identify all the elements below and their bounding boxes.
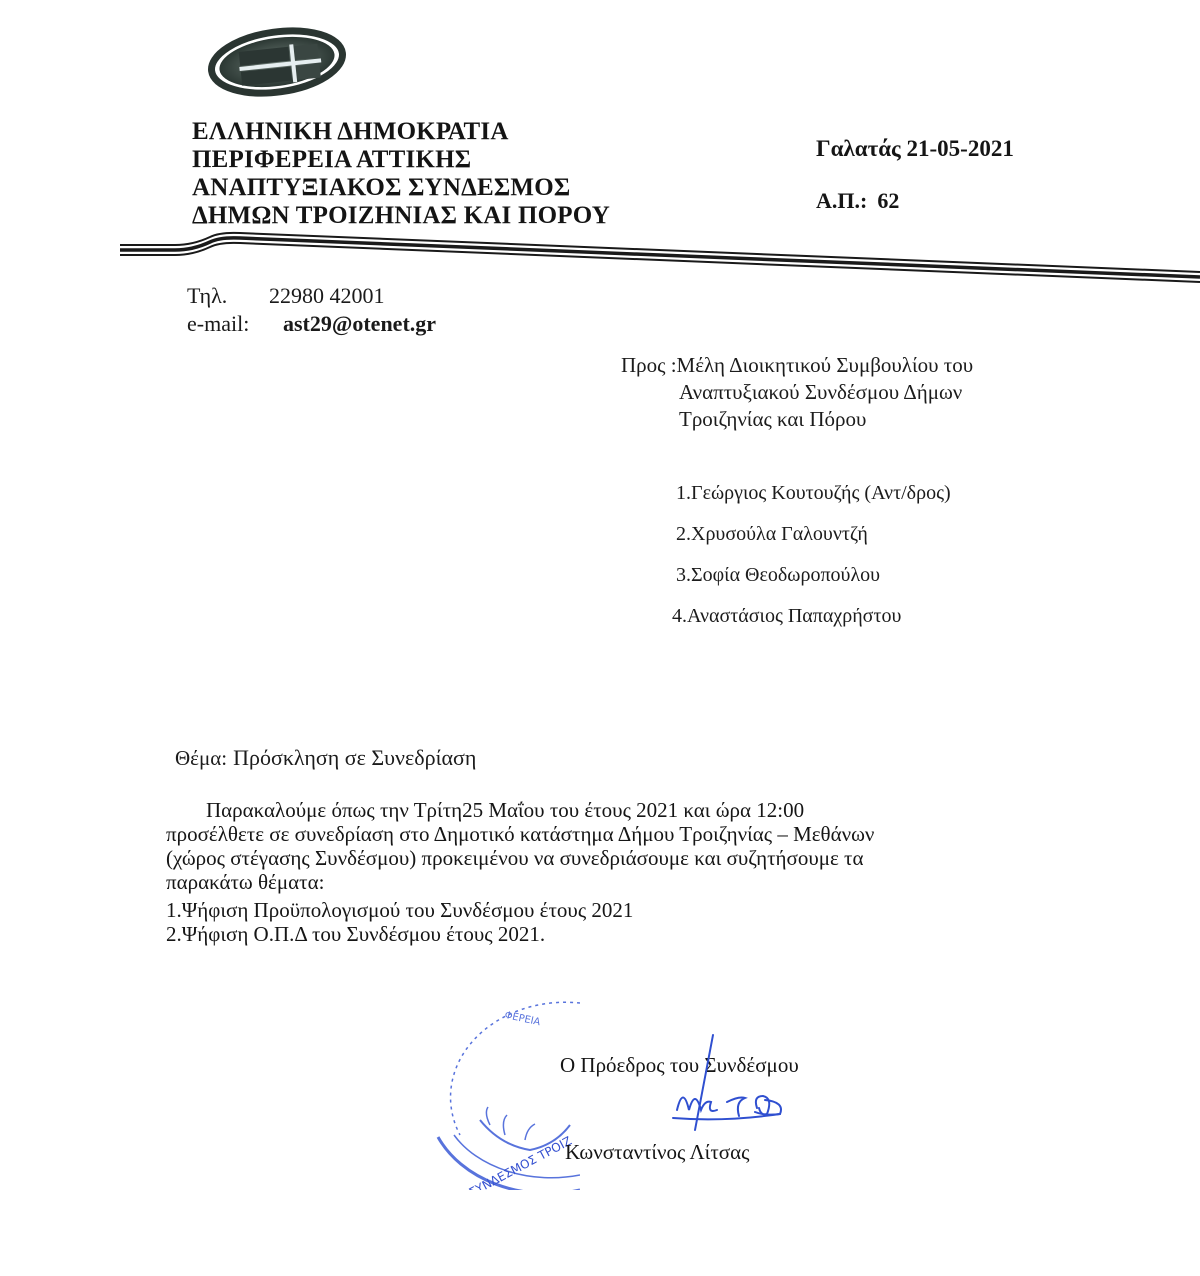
organization-header: ΕΛΛΗΝΙΚΗ ΔΗΜΟΚΡΑΤΙΑ ΠΕΡΙΦΕΡΕΙΑ ΑΤΤΙΚΗΣ Α… <box>192 118 610 230</box>
subject-line: Θέμα:Πρόσκληση σε Συνεδρίαση <box>175 745 476 771</box>
email-address[interactable]: ast29@otenet.gr <box>283 311 436 336</box>
recipients-block: Προς :Μέλη Διοικητικού Συμβουλίου του Αν… <box>621 352 973 433</box>
member-item: 3.Σοφία Θεοδωροπούλου <box>676 562 951 603</box>
phone-label: Τηλ. <box>187 282 269 310</box>
signatory-name: Κωνσταντίνος Λίτσας <box>565 1140 749 1165</box>
place-date: Γαλατάς 21-05-2021 <box>816 136 1014 162</box>
body-line: παρακάτω θέματα: <box>166 870 1046 894</box>
body-line: (χώρος στέγασης Συνδέσμου) προκειμένου ν… <box>166 846 1046 870</box>
greek-emblem-icon <box>205 20 350 102</box>
svg-text:ΣΥΝΔΕΣΜΟΣ ΤΡΟΙΖ: ΣΥΝΔΕΣΜΟΣ ΤΡΟΙΖ <box>467 1134 574 1190</box>
email-label: e-mail: <box>187 310 283 338</box>
org-line-2: ΠΕΡΙΦΕΡΕΙΑ ΑΤΤΙΚΗΣ <box>192 146 610 174</box>
subject-label: Θέμα: <box>175 746 227 770</box>
member-item: 2.Χρυσούλα Γαλουντζή <box>676 521 951 562</box>
subject-value: Πρόσκληση σε Συνεδρίαση <box>233 745 476 770</box>
recipients-line-1: Μέλη Διοικητικού Συμβουλίου του <box>677 353 974 377</box>
svg-text:ΦΕΡΕΙΑ: ΦΕΡΕΙΑ <box>503 1010 541 1028</box>
member-item: 1.Γεώργιος Κουτουζής (Αντ/δρος) <box>676 480 951 521</box>
recipients-label: Προς : <box>621 353 677 377</box>
body-line: προσέλθετε σε συνεδρίαση στο Δημοτικό κα… <box>166 822 1046 846</box>
protocol-number: Α.Π.:62 <box>816 188 899 214</box>
header-divider <box>115 228 1200 288</box>
org-line-1: ΕΛΛΗΝΙΚΗ ΔΗΜΟΚΡΑΤΙΑ <box>192 118 610 146</box>
org-line-3: ΑΝΑΠΤΥΞΙΑΚΟΣ ΣΥΝΔΕΣΜΟΣ <box>192 174 610 202</box>
body-line: Παρακαλούμε όπως την Τρίτη25 Μαΐου του έ… <box>166 798 1046 822</box>
agenda-item: 1.Ψήφιση Προϋπολογισμού του Συνδέσμου έτ… <box>166 898 1046 922</box>
phone-number: 22980 42001 <box>269 283 385 308</box>
member-item: 4.Αναστάσιος Παπαχρήστου <box>672 603 951 644</box>
recipients-line-2: Αναπτυξιακού Συνδέσμου Δήμων <box>621 379 973 406</box>
protocol-value: 62 <box>877 188 899 213</box>
signature-icon <box>655 1030 815 1135</box>
letter-body: Παρακαλούμε όπως την Τρίτη25 Μαΐου του έ… <box>166 798 1046 946</box>
members-list: 1.Γεώργιος Κουτουζής (Αντ/δρος) 2.Χρυσού… <box>676 480 951 644</box>
org-line-4: ΔΗΜΩΝ ΤΡΟΙΖΗΝΙΑΣ ΚΑΙ ΠΟΡΟΥ <box>192 202 610 230</box>
agenda-list: 1.Ψήφιση Προϋπολογισμού του Συνδέσμου έτ… <box>166 898 1046 946</box>
contact-info: Τηλ.22980 42001 e-mail:ast29@otenet.gr <box>187 282 436 338</box>
official-stamp-icon: ΣΥΝΔΕΣΜΟΣ ΤΡΟΙΖ ΦΕΡΕΙΑ <box>430 985 580 1190</box>
protocol-label: Α.Π.: <box>816 188 867 213</box>
recipients-line-3: Τροιζηνίας και Πόρου <box>621 406 973 433</box>
agenda-item: 2.Ψήφιση Ο.Π.Δ του Συνδέσμου έτους 2021. <box>166 922 1046 946</box>
